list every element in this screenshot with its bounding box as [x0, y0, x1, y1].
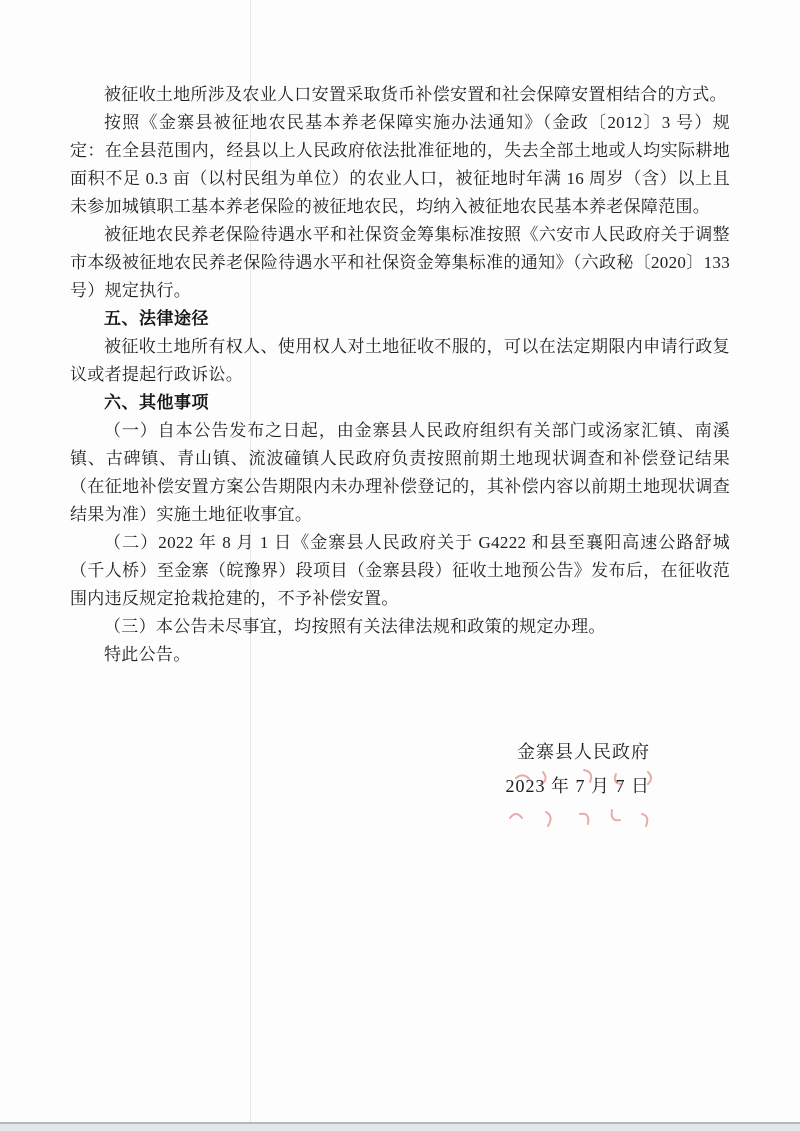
signature-date: 2023 年 7 月 7 日 [70, 769, 650, 803]
signature-block: 金寨县人民政府 2023 年 7 月 7 日 [70, 735, 730, 803]
signature-issuer: 金寨县人民政府 [70, 735, 650, 769]
paragraph-other-matters-2: （二）2022 年 8 月 1 日《金寨县人民政府关于 G4222 和县至襄阳高… [70, 529, 730, 613]
paragraph-pension-standard: 被征地农民养老保险待遇水平和社保资金筹集标准按照《六安市人民政府关于调整市本级被… [70, 221, 730, 305]
paragraph-legal-remedies: 被征收土地所有权人、使用权人对土地征收不服的，可以在法定期限内申请行政复议或者提… [70, 333, 730, 389]
scanned-notice-page: 被征收土地所涉及农业人口安置采取货币补偿安置和社会保障安置相结合的方式。 按照《… [0, 0, 800, 1131]
paragraph-hereby-announced: 特此公告。 [70, 641, 730, 669]
section-heading-legal-remedies: 五、法律途径 [70, 305, 730, 333]
paragraph-resettlement-method: 被征收土地所涉及农业人口安置采取货币补偿安置和社会保障安置相结合的方式。 [70, 81, 730, 109]
section-heading-other-matters: 六、其他事项 [70, 389, 730, 417]
paragraph-other-matters-1: （一）自本公告发布之日起，由金寨县人民政府组织有关部门或汤家汇镇、南溪镇、古碑镇… [70, 417, 730, 529]
notice-body: 被征收土地所涉及农业人口安置采取货币补偿安置和社会保障安置相结合的方式。 按照《… [70, 81, 730, 803]
scan-bottom-edge [0, 1122, 800, 1131]
paragraph-other-matters-3: （三）本公告未尽事宜，均按照有关法律法规和政策的规定办理。 [70, 613, 730, 641]
scan-bottom-edge-light-band [0, 1124, 800, 1131]
paragraph-pension-policy: 按照《金寨县被征地农民基本养老保障实施办法通知》（金政〔2012〕3 号）规定：… [70, 109, 730, 221]
